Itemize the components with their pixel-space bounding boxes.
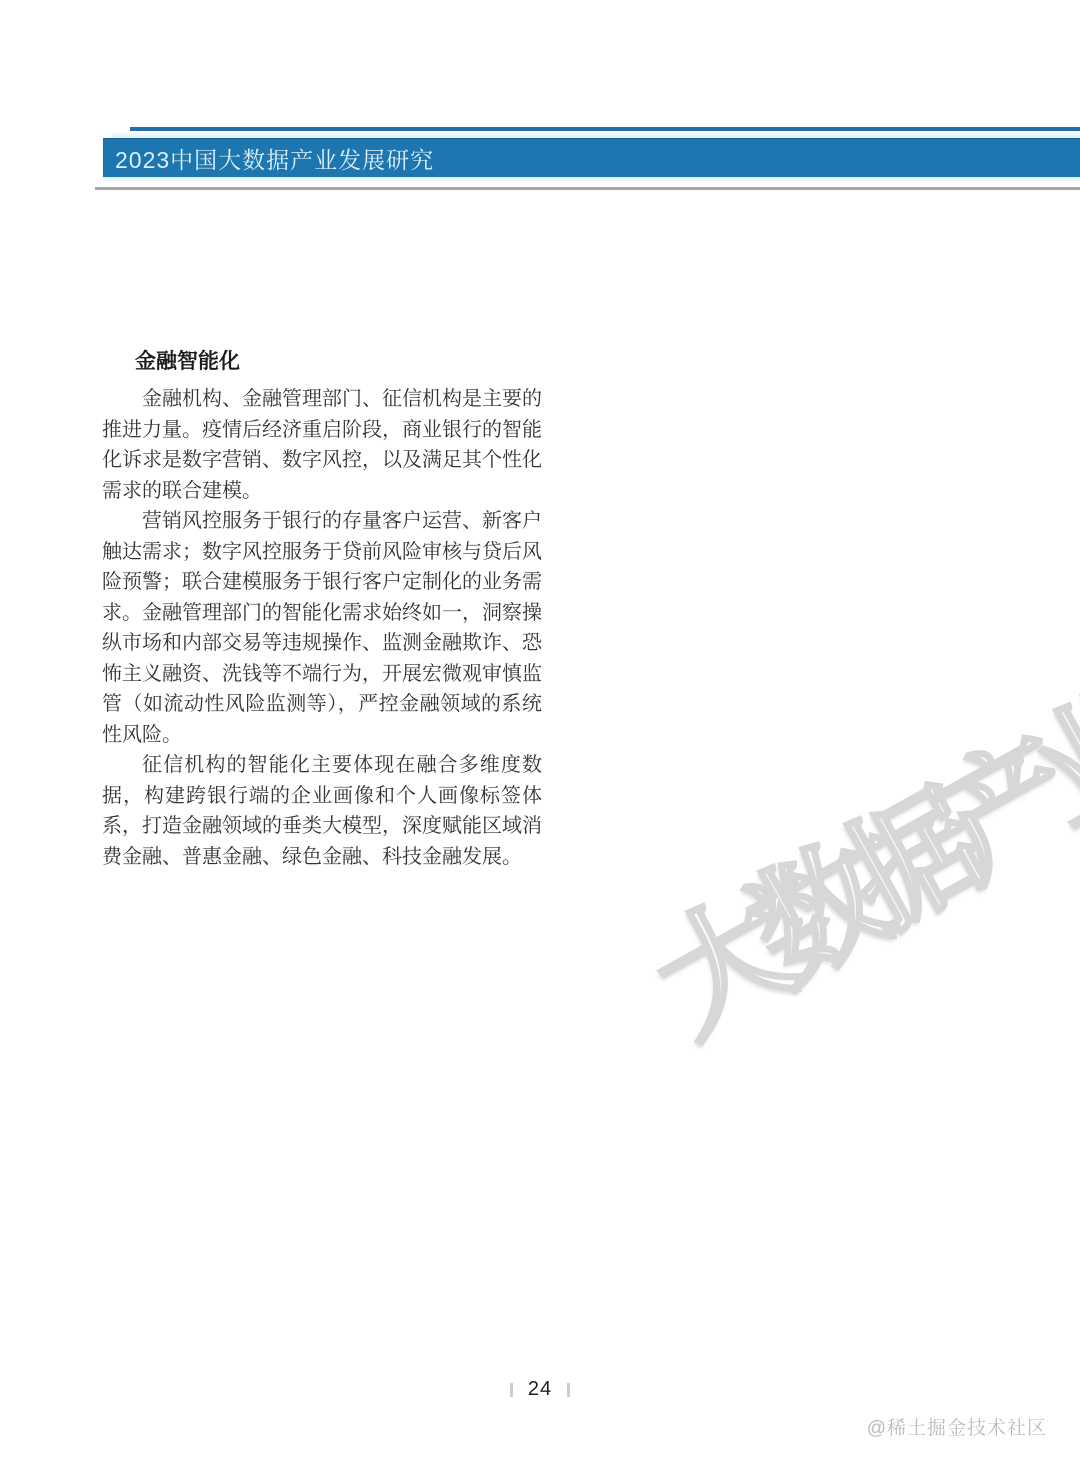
page-number-divider-right <box>567 1383 570 1397</box>
header-bar: 2023中国大数据产业发展研究 <box>103 138 1080 177</box>
page-number: 24 <box>528 1378 552 1401</box>
section-heading: 金融智能化 <box>135 345 542 375</box>
paragraph: 营销风控服务于银行的存量客户运营、新客户触达需求；数字风控服务于贷前风险审核与贷… <box>102 506 542 750</box>
page-footer: 24 <box>0 1378 1080 1401</box>
page-number-divider-left <box>510 1383 513 1397</box>
document-page: 2023中国大数据产业发展研究 金融智能化 金融机构、金融管理部门、征信机构是主… <box>0 0 1080 1466</box>
community-credit: @稀土掘金技术社区 <box>867 1413 1047 1440</box>
header-divider <box>95 187 1080 190</box>
watermark-text: 大数据产业 <box>637 678 1080 1054</box>
article-body: 金融智能化 金融机构、金融管理部门、征信机构是主要的推进力量。疫情后经济重启阶段… <box>102 345 542 872</box>
header-glow-top <box>112 131 1080 138</box>
paragraph: 金融机构、金融管理部门、征信机构是主要的推进力量。疫情后经济重启阶段，商业银行的… <box>102 384 542 506</box>
header-glow-bottom <box>103 177 1080 182</box>
report-title: 2023中国大数据产业发展研究 <box>103 142 434 175</box>
paragraph: 征信机构的智能化主要体现在融合多维度数据，构建跨银行端的企业画像和个人画像标签体… <box>102 750 542 872</box>
